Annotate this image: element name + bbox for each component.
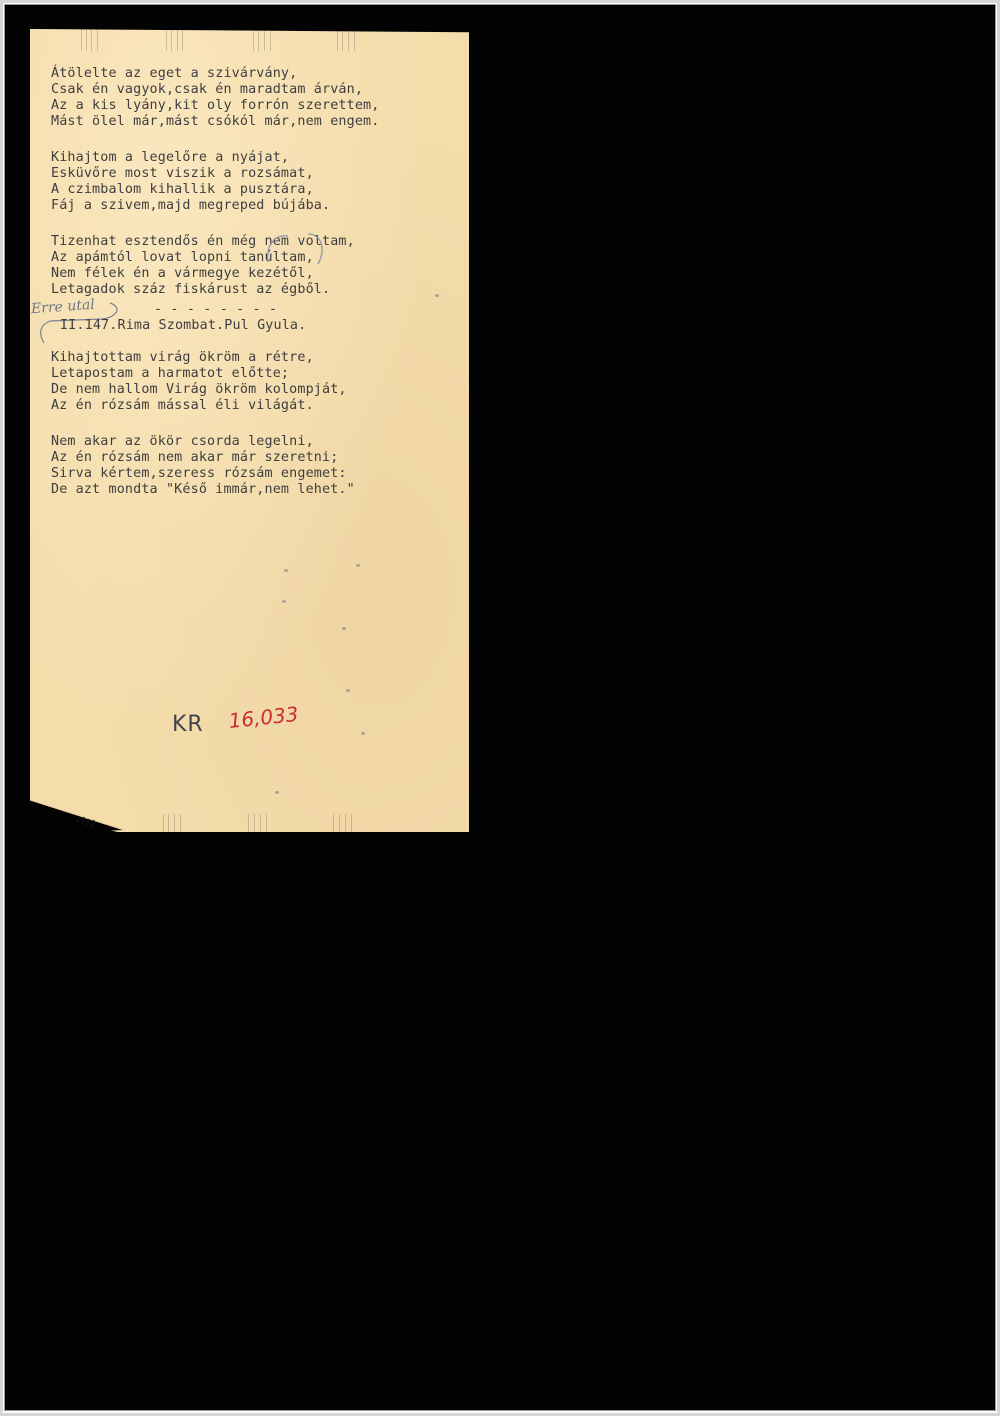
verse-line: Átölelte az eget a szivárvány, xyxy=(51,66,297,82)
inventory-number: 16,033 xyxy=(227,702,299,733)
verse-line: Az én rózsám nem akar már szeretni; xyxy=(51,450,338,466)
pencil-bracket-mark xyxy=(262,230,334,266)
verse-line: Az a kis lyány,kit oly forrón szerettem, xyxy=(51,98,379,114)
verse-line: Kihajtom a legelőre a nyájat, xyxy=(51,150,289,166)
verse-line: Mást ölel már,mást csókól már,nem engem. xyxy=(51,114,379,130)
verse-line: De azt mondta "Késő immár,nem lehet." xyxy=(51,482,355,498)
source-reference: II.147.Rima Szombat.Pul Gyula. xyxy=(60,318,306,333)
separator-dashes: - - - - - - - - xyxy=(154,302,277,317)
verse-line: Letapostam a harmatot előtte; xyxy=(51,366,289,382)
verse-line: De nem hallom Virág ökröm kolompját, xyxy=(51,382,347,398)
verse-line: Letagadok száz fiskárust az égből. xyxy=(51,282,330,298)
verse-line: Sirva kértem,szeress rózsám engemet: xyxy=(51,466,347,482)
verse-line: Kihajtottam virág ökröm a rétre, xyxy=(51,350,314,366)
archive-stamp-letters: KR xyxy=(172,712,204,737)
verse-line: A czimbalom kihallik a pusztára, xyxy=(51,182,314,198)
verse-line: Esküvőre most viszik a rozsámat, xyxy=(51,166,314,182)
verse-line: Fáj a szivem,majd megreped bújába. xyxy=(51,198,330,214)
verse-line: Csak én vagyok,csak én maradtam árván, xyxy=(51,82,363,98)
archive-card: Átölelte az eget a szivárvány, Csak én v… xyxy=(30,29,469,832)
torn-corner xyxy=(24,786,134,834)
verse-line: Nem akar az ökör csorda legelni, xyxy=(51,434,314,450)
verse-line: Nem félek én a vármegye kezétől, xyxy=(51,266,314,282)
verse-line: Az én rózsám mással éli világát. xyxy=(51,398,314,414)
